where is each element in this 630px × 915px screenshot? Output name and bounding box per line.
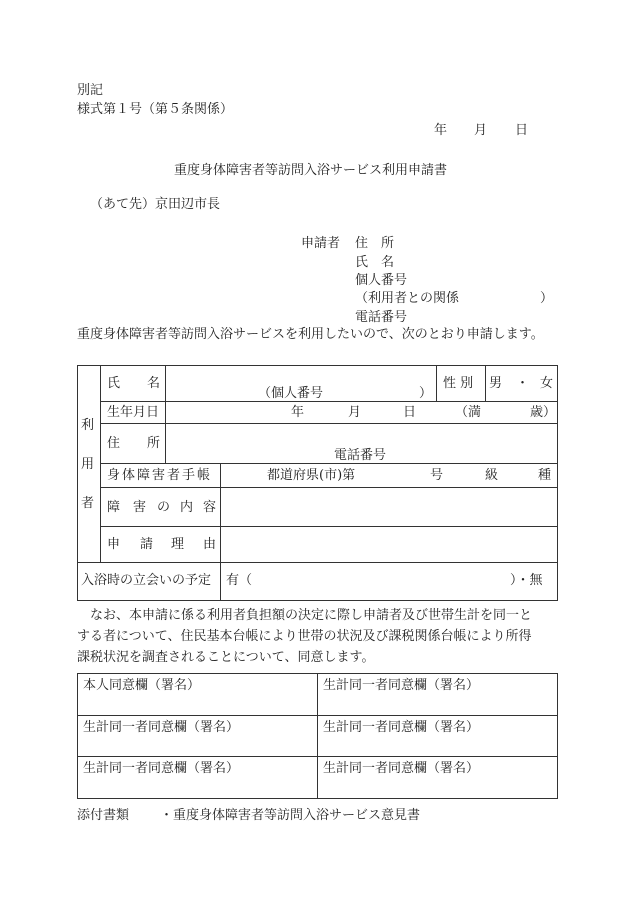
date-month: 月: [474, 124, 487, 137]
address-label-a: 住: [107, 437, 120, 450]
user-side-label-2: 用: [81, 458, 94, 471]
consent-cell-household-4[interactable]: 生計同一者同意欄（署名）: [78, 757, 317, 798]
disability-label-4: 内: [180, 501, 193, 514]
reason-label-4: 由: [203, 538, 216, 551]
consent-self-label: 本人同意欄（署名）: [83, 679, 200, 692]
birth-day: 日: [403, 406, 416, 419]
name-label-b: 名: [147, 377, 160, 390]
attendance-label: 入浴時の立会いの予定: [81, 574, 211, 587]
intro-text: 重度身体障害者等訪問入浴サービスを利用したいので、次のとおり申請します。: [77, 328, 544, 341]
applicant-number-label: 個人番号: [355, 274, 407, 287]
consent-household-label: 生計同一者同意欄（署名）: [323, 679, 479, 692]
disability-label-3: の: [157, 501, 170, 514]
birth-year: 年: [291, 406, 304, 419]
user-side-label-1: 利: [81, 419, 94, 432]
birth-month: 月: [348, 406, 361, 419]
attachments-label: 添付書類: [77, 809, 129, 822]
attachments-item: ・重度身体障害者等訪問入浴サービス意見書: [160, 809, 420, 822]
age-close: 歳）: [530, 406, 556, 419]
applicant-address-label: 住 所: [355, 237, 394, 250]
consent-text-line-2: する者について、住民基本台帳により世帯の状況及び課税関係台帳により所得: [77, 630, 531, 643]
consent-household-label: 生計同一者同意欄（署名）: [323, 762, 479, 775]
consent-text-line-1: なお、本申請に係る利用者負担額の決定に際し申請者及び世帯生計を同一と: [77, 609, 532, 622]
reason-label-3: 理: [171, 538, 184, 551]
handbook-grade: 級: [485, 469, 498, 482]
consent-text-line-3: 課税状況を調査されることについて、同意します。: [77, 651, 374, 664]
sex-male-option[interactable]: 男: [489, 377, 502, 390]
date-year: 年: [434, 124, 447, 137]
consent-household-label: 生計同一者同意欄（署名）: [83, 762, 239, 775]
handbook-prefecture: 都道府県(市)第: [267, 469, 355, 482]
consent-cell-self[interactable]: 本人同意欄（署名）: [78, 674, 317, 715]
user-phone-label: 電話番号: [334, 449, 386, 462]
address-label-b: 所: [147, 437, 160, 450]
age-label: （満: [455, 406, 481, 419]
sex-female-option[interactable]: 女: [540, 377, 553, 390]
sex-label: 性 別: [443, 377, 473, 390]
birth-label: 生年月日: [107, 406, 159, 419]
applicant-name-label: 氏 名: [355, 256, 394, 269]
sex-separator: ・: [516, 377, 529, 390]
attendance-no: ）・無: [510, 574, 543, 587]
consent-household-label: 生計同一者同意欄（署名）: [83, 721, 239, 734]
handbook-type: 種: [538, 469, 551, 482]
applicant-label: 申請者: [301, 237, 340, 250]
reason-label-1: 申: [107, 538, 120, 551]
date-day: 日: [515, 124, 528, 137]
attendance-yes: 有（: [226, 574, 252, 587]
handbook-label: 身体障害者手帳: [107, 469, 212, 482]
attendance-field[interactable]: [221, 563, 557, 600]
consent-cell-household-5[interactable]: 生計同一者同意欄（署名）: [318, 757, 557, 798]
addressee: （あて先）京田辺市長: [90, 198, 220, 211]
individual-number-close: ）: [419, 387, 432, 400]
individual-number-label: （個人番号: [258, 387, 323, 400]
reason-field[interactable]: [221, 527, 557, 562]
consent-household-label: 生計同一者同意欄（署名）: [323, 721, 479, 734]
reason-label-2: 請: [140, 538, 153, 551]
applicant-relationship-close: ）: [540, 292, 553, 305]
disability-label-1: 障: [107, 501, 120, 514]
applicant-phone-label: 電話番号: [355, 311, 407, 324]
consent-cell-household-3[interactable]: 生計同一者同意欄（署名）: [318, 716, 557, 756]
user-side-label-3: 者: [81, 497, 94, 510]
page-title: 重度身体障害者等訪問入浴サービス利用申請書: [174, 164, 447, 177]
form-number: 様式第１号（第５条関係）: [77, 103, 233, 116]
name-label-a: 氏: [107, 377, 120, 390]
disability-label-2: 害: [133, 501, 146, 514]
consent-cell-household-2[interactable]: 生計同一者同意欄（署名）: [78, 716, 317, 756]
birth-date-field[interactable]: [166, 402, 557, 423]
handbook-number: 号: [430, 469, 443, 482]
applicant-relationship-label: （利用者との関係: [355, 292, 459, 305]
consent-cell-household-1[interactable]: 生計同一者同意欄（署名）: [318, 674, 557, 715]
annex-label: 別記: [77, 84, 103, 97]
disability-field[interactable]: [221, 488, 557, 526]
sex-selector[interactable]: 男 ・ 女: [486, 366, 557, 401]
disability-label-5: 容: [203, 501, 216, 514]
